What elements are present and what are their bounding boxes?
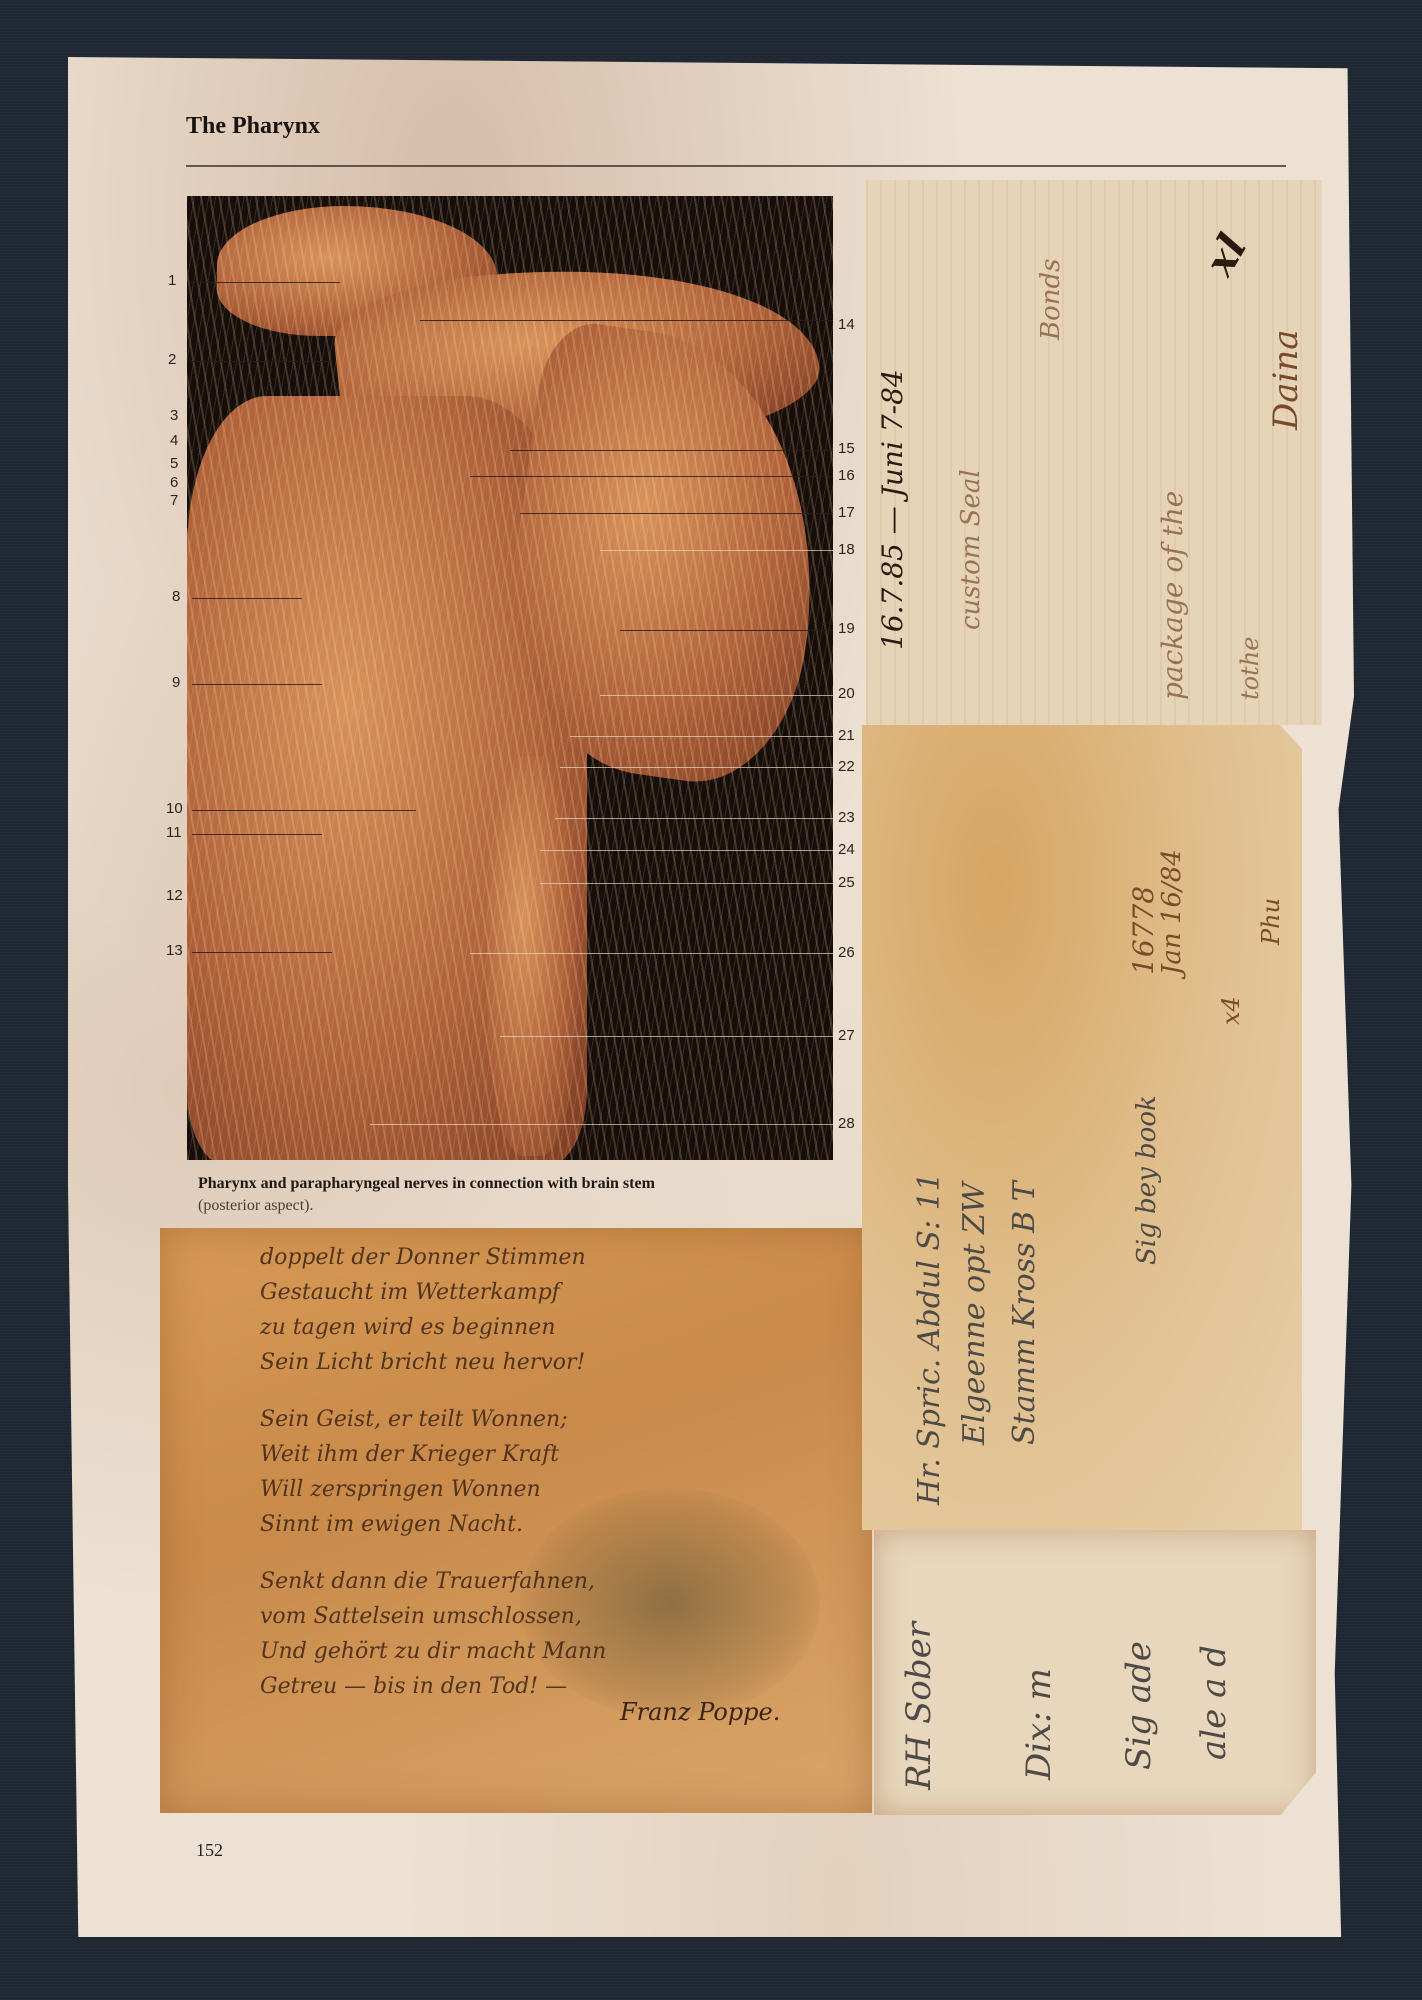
leader-line — [192, 834, 322, 835]
label-1: 1 — [168, 272, 176, 289]
note-word: Dix: m — [1019, 1668, 1059, 1780]
note-mark: xl — [1196, 226, 1256, 283]
label-5: 5 — [170, 455, 178, 472]
leader-line — [190, 361, 330, 362]
leader-line — [470, 476, 833, 477]
note-line: Hr. Spric. Abdul S: 11 — [912, 1172, 947, 1505]
label-11: 11 — [166, 824, 182, 841]
label-27: 27 — [838, 1027, 855, 1044]
letter-signature: Franz Poppe. — [620, 1698, 780, 1726]
label-23: 23 — [838, 809, 855, 826]
letter-line: zu tagen wird es beginnen — [260, 1310, 860, 1345]
leader-line — [190, 282, 340, 283]
note-word: RH Sober — [899, 1622, 939, 1790]
label-20: 20 — [838, 685, 855, 702]
label-2: 2 — [168, 351, 176, 368]
leader-line — [470, 953, 833, 954]
note-word: Sig ade — [1119, 1641, 1159, 1770]
label-3: 3 — [170, 407, 178, 424]
leader-line — [600, 550, 833, 551]
leader-line — [620, 630, 833, 631]
note-word: Daina — [1266, 329, 1306, 430]
letter-line: Sein Licht bricht neu hervor! — [260, 1345, 860, 1380]
leader-line — [510, 450, 833, 451]
label-24: 24 — [838, 841, 855, 858]
leader-line — [500, 1036, 833, 1037]
label-4: 4 — [170, 432, 178, 449]
letter-line: Weit ihm der Krieger Kraft — [260, 1437, 860, 1472]
letter-line: Sinnt im ewigen Nacht. — [260, 1507, 860, 1542]
label-9: 9 — [172, 674, 180, 691]
label-18: 18 — [838, 541, 855, 558]
label-17: 17 — [838, 504, 855, 521]
note-mark: Phu — [1257, 898, 1285, 945]
page-number: 152 — [196, 1840, 223, 1861]
page-title: The Pharynx — [186, 113, 320, 140]
leader-line — [540, 850, 833, 851]
label-21: 21 — [838, 727, 855, 744]
letter-line: Gestaucht im Wetterkampf — [260, 1275, 860, 1310]
caption-subtitle: (posterior aspect). — [198, 1197, 314, 1214]
note-number: 16778 — [1127, 886, 1160, 975]
note-word: Bonds — [1036, 259, 1066, 341]
note-bottom: RH Sober Dix: m Sig ade ale a d — [874, 1530, 1316, 1815]
leader-line — [420, 320, 833, 321]
note-middle: Hr. Spric. Abdul S: 11 Elgeenne opt ZW S… — [862, 725, 1302, 1530]
label-25: 25 — [838, 874, 855, 891]
note-word: ale a d — [1194, 1645, 1234, 1760]
label-22: 22 — [838, 758, 855, 775]
leader-line — [540, 883, 833, 884]
leader-line — [370, 1124, 833, 1125]
note-line: Stamm Kross B T — [1007, 1181, 1042, 1445]
label-12: 12 — [166, 887, 183, 904]
label-28: 28 — [838, 1115, 855, 1132]
note-word: tothe — [1236, 637, 1264, 700]
anatomical-photo — [187, 196, 833, 1160]
leader-line — [600, 695, 833, 696]
handwritten-letter: doppelt der Donner Stimmen Gestaucht im … — [160, 1228, 872, 1813]
leader-line — [192, 684, 322, 685]
figure-caption: Pharynx and parapharyngeal nerves in con… — [198, 1173, 655, 1217]
label-26: 26 — [838, 944, 855, 961]
note-date: 16.7.85 — Juni 7-84 — [876, 369, 909, 650]
label-6: 6 — [170, 474, 178, 491]
title-rule — [186, 165, 1286, 167]
letter-line: Will zerspringen Wonnen — [260, 1472, 860, 1507]
note-word: package of the — [1156, 491, 1189, 700]
caption-title: Pharynx and parapharyngeal nerves in con… — [198, 1175, 655, 1192]
letter-line: vom Sattelsein umschlossen, — [260, 1599, 860, 1634]
note-line: Sig bey book — [1132, 1095, 1162, 1265]
letter-line: Sein Geist, er teilt Wonnen; — [260, 1402, 860, 1437]
leader-line — [192, 810, 416, 811]
letter-line: Und gehört zu dir macht Mann — [260, 1634, 860, 1669]
leader-line — [555, 818, 833, 819]
label-13: 13 — [166, 942, 183, 959]
letter-line: Senkt dann die Trauerfahnen, — [260, 1564, 860, 1599]
label-16: 16 — [838, 467, 855, 484]
label-14: 14 — [838, 316, 855, 333]
nerve-fibers — [187, 196, 833, 1160]
label-7: 7 — [170, 492, 178, 509]
note-word: custom Seal — [956, 469, 986, 630]
letter-line: doppelt der Donner Stimmen — [260, 1240, 860, 1275]
note-top: 16.7.85 — Juni 7-84 xl Daina custom Seal… — [866, 180, 1322, 725]
label-15: 15 — [838, 440, 855, 457]
leader-line — [520, 513, 833, 514]
label-10: 10 — [166, 800, 183, 817]
letter-body: doppelt der Donner Stimmen Gestaucht im … — [260, 1240, 860, 1704]
leader-line — [192, 952, 332, 953]
label-8: 8 — [172, 588, 180, 605]
note-line: Elgeenne opt ZW — [957, 1182, 992, 1445]
note-mark: x4 — [1217, 996, 1245, 1025]
leader-line — [570, 736, 833, 737]
leader-line — [192, 598, 302, 599]
note-date: Jan 16/84 — [1157, 849, 1187, 975]
leader-line — [560, 767, 833, 768]
label-19: 19 — [838, 620, 855, 637]
